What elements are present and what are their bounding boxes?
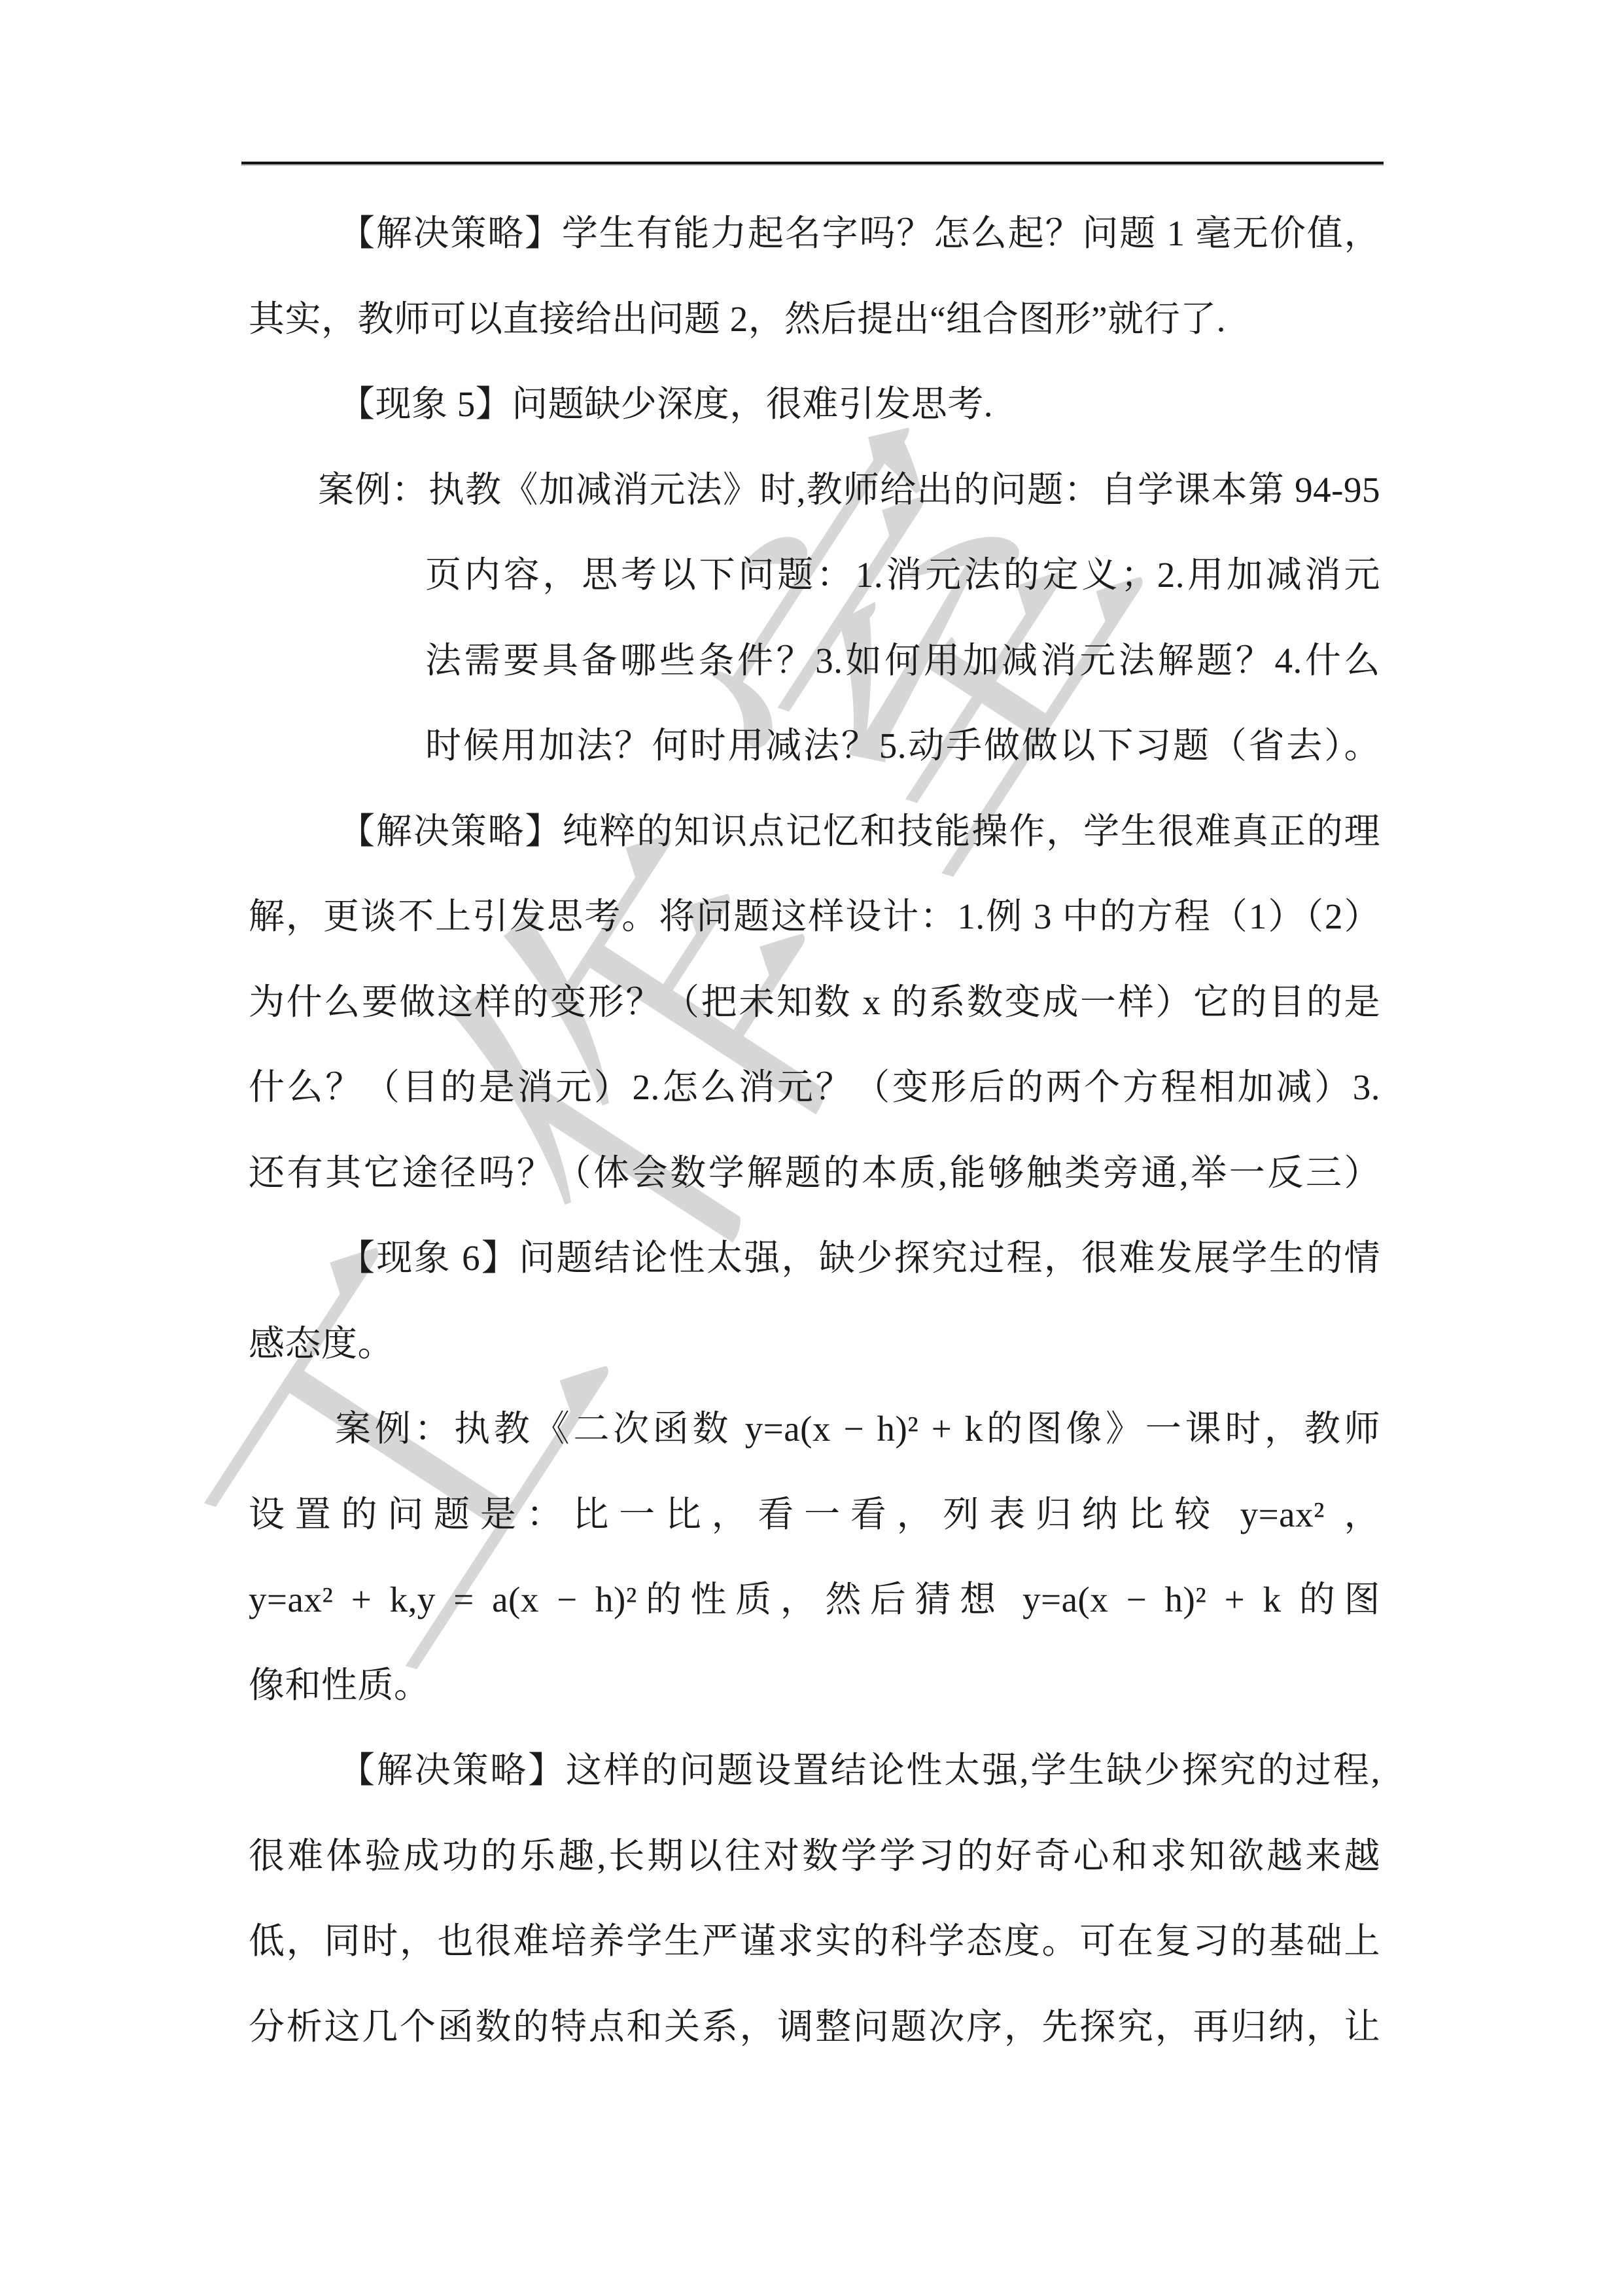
text-line-3: 【现象 5】问题缺少深度，很难引发思考. <box>339 362 1380 448</box>
text-line-22: 分析这几个函数的特点和关系，调整问题次序，先探究，再归纳，让 <box>249 1985 1380 2070</box>
document-page: 工作室 【解决策略】学生有能力起名字吗？怎么起？问题 1 毫无价值， 其实，教师… <box>0 0 1623 2296</box>
text-line-12: 还有其它途径吗？（体会数学解题的本质,能够触类旁通,举一反三） <box>249 1131 1380 1216</box>
text-block: 【解决策略】学生有能力起名字吗？怎么起？问题 1 毫无价值， 其实，教师可以直接… <box>249 191 1380 2070</box>
text-line-6: 法需要具备哪些条件？3.如何用加减消元法解题？4.什么 <box>425 618 1380 704</box>
text-line-8: 【解决策略】纯粹的知识点记忆和技能操作，学生很难真正的理 <box>339 789 1380 875</box>
text-line-5: 页内容，思考以下问题：1.消元法的定义；2.用加减消元 <box>425 533 1380 618</box>
text-line-11: 什么？（目的是消元）2.怎么消元？（变形后的两个方程相加减）3. <box>249 1045 1380 1131</box>
text-line-13: 【现象 6】问题结论性太强，缺少探究过程，很难发展学生的情 <box>339 1216 1380 1301</box>
text-line-9: 解，更谈不上引发思考。将问题这样设计：1.例 3 中的方程（1）（2） <box>249 874 1380 960</box>
text-line-17: y=ax² + k,y = a(x − h)²的性质，然后猜想 y=a(x − … <box>249 1557 1380 1643</box>
text-line-16: 设置的问题是：比一比，看一看，列表归纳比较 y=ax² ， <box>249 1472 1380 1558</box>
text-line-14: 感态度。 <box>249 1301 1380 1387</box>
text-line-20: 很难体验成功的乐趣,长期以往对数学学习的好奇心和求知欲越来越 <box>249 1814 1380 1899</box>
text-line-19: 【解决策略】这样的问题设置结论性太强,学生缺少探究的过程, <box>339 1728 1380 1814</box>
text-line-4: 案例：执教《加减消元法》时,教师给出的问题：自学课本第 94-95 <box>318 448 1380 533</box>
header-rule <box>241 162 1384 166</box>
text-line-21: 低，同时，也很难培养学生严谨求实的科学态度。可在复习的基础上 <box>249 1899 1380 1985</box>
text-line-2: 其实，教师可以直接给出问题 2，然后提出“组合图形”就行了. <box>249 277 1380 362</box>
text-line-18: 像和性质。 <box>249 1643 1380 1729</box>
text-line-1: 【解决策略】学生有能力起名字吗？怎么起？问题 1 毫无价值， <box>339 191 1380 277</box>
text-line-10: 为什么要做这样的变形？（把未知数 x 的系数变成一样）它的目的是 <box>249 960 1380 1046</box>
text-line-15: 案例：执教《二次函数 y=a(x − h)² + k的图像》一课时，教师 <box>335 1386 1380 1472</box>
text-line-7: 时候用加法？何时用减法？5.动手做做以下习题（省去）。 <box>425 703 1380 789</box>
